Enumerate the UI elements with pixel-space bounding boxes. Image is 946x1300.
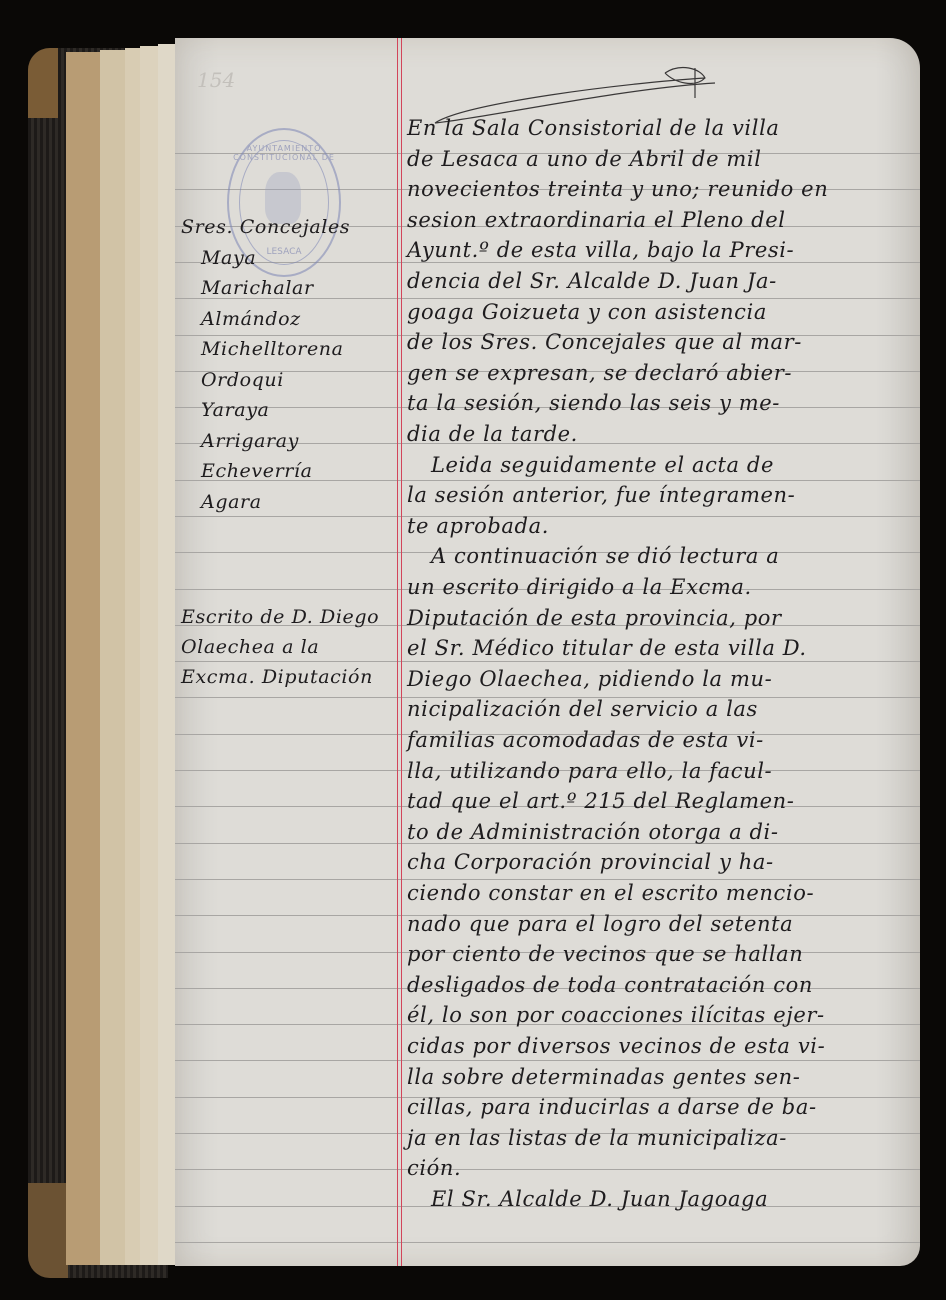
body-line: El Sr. Alcalde D. Juan Jagoaga	[431, 1187, 768, 1211]
attendee-name: Echeverría	[201, 460, 313, 482]
body-line: cillas, para inducirlas a darse de ba-	[407, 1095, 817, 1119]
ghost-page-number: 154	[197, 68, 235, 92]
body-line: sesion extraordinaria el Pleno del	[407, 208, 786, 232]
body-line: to de Administración otorga a di-	[407, 820, 779, 844]
body-line: ja en las listas de la municipaliza-	[407, 1126, 787, 1150]
ruled-line	[175, 1242, 920, 1243]
body-line: te aprobada.	[407, 514, 549, 538]
subject-note-line: Excma. Diputación	[181, 666, 373, 688]
body-line: de Lesaca a uno de Abril de mil	[407, 147, 762, 171]
attendee-name: Marichalar	[201, 277, 314, 299]
attendee-name: Ordoqui	[201, 369, 284, 391]
body-line: familias acomodadas de esta vi-	[407, 728, 764, 752]
body-line: él, lo son por coacciones ilícitas ejer-	[407, 1003, 825, 1027]
ruled-line	[175, 1169, 920, 1170]
body-line: lla, utilizando para ello, la facul-	[407, 759, 772, 783]
attendee-name: Michelltorena	[201, 338, 344, 360]
body-line: un escrito dirigido a la Excma.	[407, 575, 752, 599]
body-line: A continuación se dió lectura a	[431, 544, 779, 568]
body-line: la sesión anterior, fue íntegramen-	[407, 483, 795, 507]
body-line: de los Sres. Concejales que al mar-	[407, 330, 802, 354]
body-line: lla sobre determinadas gentes sen-	[407, 1065, 800, 1089]
body-line: el Sr. Médico titular de esta villa D.	[407, 636, 807, 660]
subject-note-line: Escrito de D. Diego	[181, 606, 379, 628]
body-line: Leida seguidamente el acta de	[431, 453, 774, 477]
attendee-name: Maya	[201, 247, 256, 269]
body-line: dia de la tarde.	[407, 422, 578, 446]
body-line: Diego Olaechea, pidiendo la mu-	[407, 667, 772, 691]
ruled-line	[175, 1060, 920, 1061]
body-line: nado que para el logro del setenta	[407, 912, 793, 936]
body-line: por ciento de vecinos que se hallan	[407, 942, 803, 966]
attendee-name: Almándoz	[201, 308, 301, 330]
body-line: goaga Goizueta y con asistencia	[407, 300, 767, 324]
body-line: ta la sesión, siendo las seis y me-	[407, 391, 780, 415]
body-line: tad que el art.º 215 del Reglamen-	[407, 789, 795, 813]
body-line: desligados de toda contratación con	[407, 973, 813, 997]
ledger-page: 154 AYUNTAMIENTO CONSTITUCIONAL DE LESAC…	[175, 38, 920, 1266]
body-line: ción.	[407, 1156, 461, 1180]
margin-rule	[397, 38, 398, 1266]
attendee-name: Yaraya	[201, 399, 269, 421]
ruled-line	[175, 661, 920, 662]
stamp-text: AYUNTAMIENTO CONSTITUCIONAL DE	[229, 144, 339, 162]
margin-rule	[401, 38, 402, 1266]
body-line: cha Corporación provincial y ha-	[407, 850, 774, 874]
body-line: dencia del Sr. Alcalde D. Juan Ja-	[407, 269, 777, 293]
cover-corner-top	[28, 48, 58, 118]
body-line: gen se expresan, se declaró abier-	[407, 361, 792, 385]
body-line: ciendo constar en el escrito mencio-	[407, 881, 814, 905]
attendee-name: Arrigaray	[201, 430, 299, 452]
attendee-name: Agara	[201, 491, 262, 513]
body-line: Diputación de esta provincia, por	[407, 606, 782, 630]
subject-note-line: Olaechea a la	[181, 636, 319, 658]
body-line: novecientos treinta y uno; reunido en	[407, 177, 828, 201]
body-line: Ayunt.º de esta villa, bajo la Presi-	[407, 238, 794, 262]
cover-corner-bottom	[28, 1183, 68, 1278]
attendees-heading: Sres. Concejales	[181, 216, 350, 238]
body-line: En la Sala Consistorial de la villa	[407, 116, 780, 140]
body-line: nicipalización del servicio a las	[407, 697, 758, 721]
ruled-line	[175, 879, 920, 880]
body-line: cidas por diversos vecinos de esta vi-	[407, 1034, 825, 1058]
